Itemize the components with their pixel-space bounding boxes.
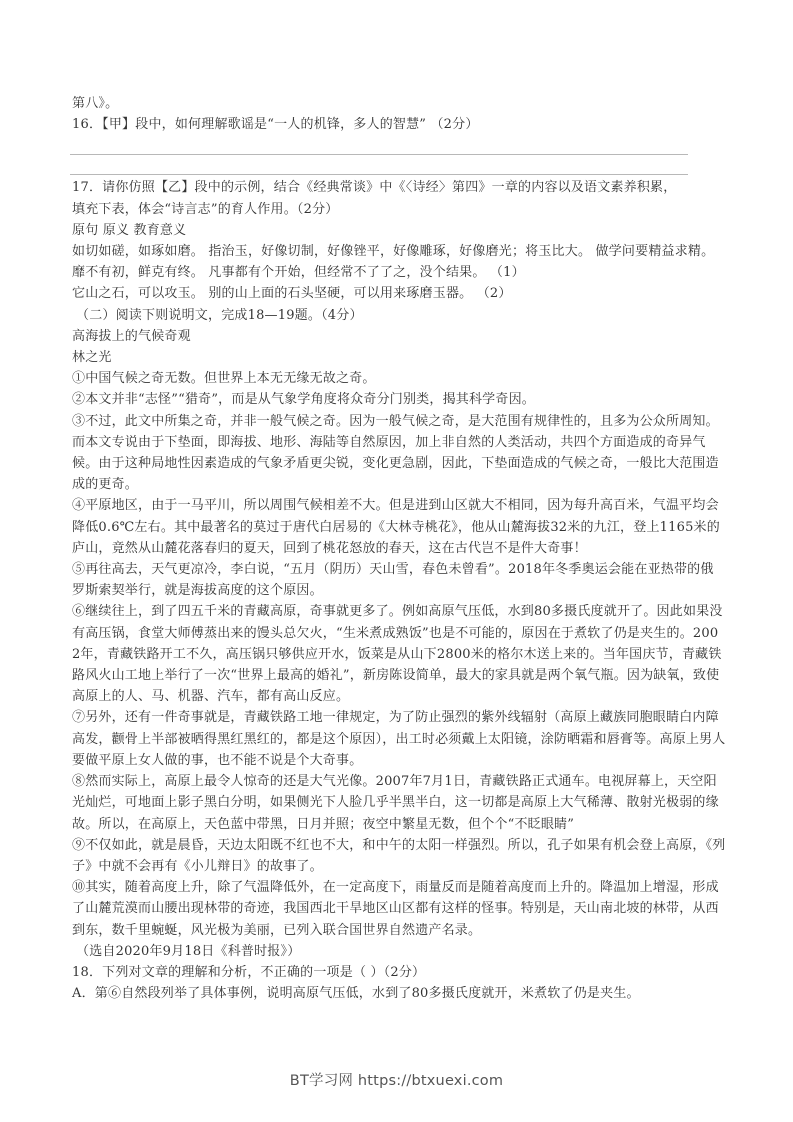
table-row: 靡不有初，鲜克有终。 凡事都有个开始，但经常不了了之，没个结果。 （1） <box>72 262 726 283</box>
cell-meaning: 指治玉，好像切制，好像锉平，好像雕琢，好像磨光；将玉比大。 <box>208 244 591 259</box>
answer-line <box>70 154 688 155</box>
cell-education: 做学问要精益求精。 <box>596 244 715 259</box>
intro-tail: 第八》。 <box>72 93 726 114</box>
question-16: 16．【甲】段中，如何理解歌谣是“一人的机锋，多人的智慧” （2分） <box>72 114 726 135</box>
table-row: 它山之石，可以攻玉。 别的山上面的石头坚硬，可以用来琢磨玉器。 （2） <box>72 283 726 304</box>
question-17-prompt-1: 17．请你仿照【乙】段中的示例，结合《经典常谈》中《〈诗经〉第四》一章的内容以及… <box>72 177 726 198</box>
paragraph-8: ⑧然而实际上，高原上最令人惊奇的还是大气光像。2007年7月1日，青藏铁路正式通… <box>72 771 726 835</box>
paragraph-7: ⑦另外，还有一件奇事就是，青藏铁路工地一律规定，为了防止强烈的紫外线辐射（高原上… <box>72 707 726 771</box>
cell-education-blank-1[interactable]: （1） <box>490 265 525 280</box>
cell-original: 如切如磋，如琢如磨。 <box>72 244 204 259</box>
question-18-option-a[interactable]: A．第⑥自然段列举了具体事例，说明高原气压低，水到了80多摄氏度就开，米煮软了仍… <box>72 983 726 1004</box>
question-17-prompt-2: 填充下表，体会“诗言志”的育人作用。（2分） <box>72 199 726 220</box>
article-source: （选自2020年9月18日《科普时报》） <box>72 941 726 962</box>
cell-original: 它山之石，可以攻玉。 <box>72 286 204 301</box>
paragraph-5: ⑤再往高去，天气更凉冷，李白说，“五月（阴历）天山雪，春色未曾看”。2018年冬… <box>72 559 726 601</box>
cell-original: 靡不有初，鲜克有终。 <box>72 265 204 280</box>
paragraph-1: ①中国气候之奇无数。但世界上本无无缘无故之奇。 <box>72 368 726 389</box>
cell-education-blank-2[interactable]: （2） <box>477 286 512 301</box>
table-row: 如切如磋，如琢如磨。 指治玉，好像切制，好像锉平，好像雕琢，好像磨光；将玉比大。… <box>72 241 726 262</box>
table-header-meaning: 原义 <box>103 223 129 238</box>
paragraph-3: ③不过，此文中所集之奇，并非一般气候之奇。因为一般气候之奇，是大范围有规律性的，… <box>72 411 726 496</box>
section-2-heading: （二）阅读下则说明文，完成18—19题。（4分） <box>72 305 726 326</box>
watermark-footer: BT学习网 https://btxuexi.com <box>0 1069 793 1090</box>
document-page: 第八》。 16．【甲】段中，如何理解歌谣是“一人的机锋，多人的智慧” （2分） … <box>72 93 726 1004</box>
paragraph-4: ④平原地区，由于一马平川，所以周围气候相差不大。但是进到山区就大不相同，因为每升… <box>72 495 726 559</box>
paragraph-9: ⑨不仅如此，就是晨昏，天边太阳既不红也不大，和中午的太阳一样强烈。所以，孔子如果… <box>72 835 726 877</box>
table-header-education: 教育意义 <box>134 223 187 238</box>
article-title: 高海拔上的气候奇观 <box>72 326 726 347</box>
paragraph-10: ⑩其实，随着高度上升，除了气温降低外，在一定高度下，雨量反而是随着高度而上升的。… <box>72 877 726 941</box>
answer-area-16[interactable] <box>72 135 726 177</box>
cell-meaning: 凡事都有个开始，但经常不了了之，没个结果。 <box>208 265 485 280</box>
paragraph-2: ②本文并非“志怪”“猎奇”，而是从气象学角度将众奇分门别类，揭其科学奇因。 <box>72 389 726 410</box>
cell-meaning: 别的山上面的石头坚硬，可以用来琢磨玉器。 <box>208 286 472 301</box>
table-header-row: 原句 原义 教育意义 <box>72 220 726 241</box>
answer-line <box>70 174 688 175</box>
paragraph-6: ⑥继续往上，到了四五千米的青藏高原，奇事就更多了。例如高原气压低，水到80多摄氏… <box>72 601 726 707</box>
table-header-original: 原句 <box>72 223 98 238</box>
question-18: 18．下列对文章的理解和分析，不正确的一项是（ ）（2分） <box>72 962 726 983</box>
article-author: 林之光 <box>72 347 726 368</box>
